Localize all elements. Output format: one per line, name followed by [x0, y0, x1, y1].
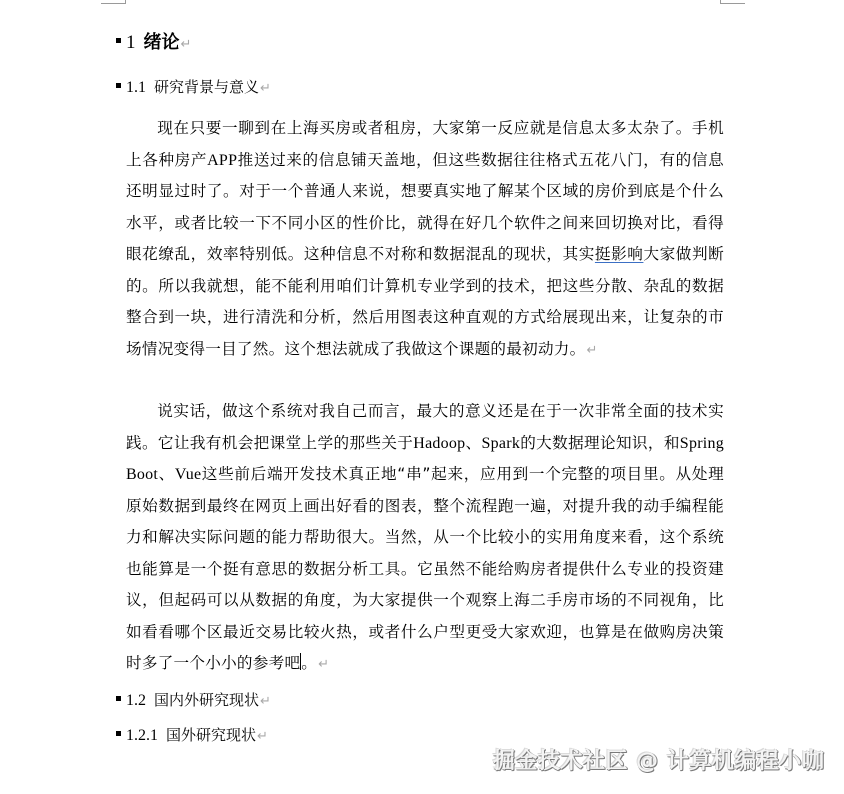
paragraph-mark-icon: ↵ [181, 37, 192, 52]
heading-section-1-2[interactable]: 1.2 国内外研究现状 ↵ [116, 689, 271, 710]
spellcheck-underlined-text[interactable]: 挺影响 [595, 245, 644, 263]
paragraph-text-latin: Spark [482, 435, 521, 452]
heading-section-1-2-1[interactable]: 1.2.1 国外研究现状 ↵ [116, 724, 268, 745]
paragraph-text-latin: Vue [175, 466, 201, 483]
paragraph-text: 、 [158, 465, 175, 483]
list-bullet-icon [116, 83, 121, 88]
heading-number: 1.1 [126, 79, 146, 97]
page-corner-mark-left [101, 0, 126, 4]
heading-number: 1.2.1 [126, 727, 158, 745]
list-bullet-icon [116, 38, 121, 43]
paragraph-text: 。 [301, 654, 317, 672]
heading-title: 绪论 [144, 28, 180, 54]
list-bullet-icon [116, 696, 121, 701]
paragraph-mark-icon: ↵ [586, 343, 597, 358]
page-corner-mark-right [720, 0, 745, 4]
paragraph-text: 的大数据理论知识，和 [520, 434, 680, 452]
paragraph-mark-icon: ↵ [257, 729, 268, 744]
heading-title: 研究背景与意义 [154, 76, 259, 97]
paragraph-mark-icon: ↵ [260, 694, 271, 709]
heading-chapter-1[interactable]: 1 绪论 ↵ [116, 28, 191, 54]
paragraph-text-latin: Hadoop [413, 435, 465, 452]
heading-title: 国内外研究现状 [154, 689, 259, 710]
body-paragraph-significance[interactable]: 说实话，做这个系统对我自己而言，最大的意义还是在于一次非常全面的技术实践。它让我… [126, 396, 724, 681]
heading-title: 国外研究现状 [166, 724, 256, 745]
body-paragraph-background[interactable]: 现在只要一聊到在上海买房或者租房，大家第一反应就是信息太多太杂了。手机上各种房产… [126, 113, 724, 366]
watermark-text: 掘金技术社区 @ 计算机编程小咖 [493, 744, 824, 775]
paragraph-mark-icon: ↵ [260, 81, 271, 96]
paragraph-text: 、 [465, 434, 481, 452]
paragraph-text: 这些前后端开发技术真正地“串”起来，应用到一个完整的项目里。从处理原始数据到最终… [126, 465, 724, 672]
heading-section-1-1[interactable]: 1.1 研究背景与意义 ↵ [116, 76, 271, 97]
heading-number: 1.2 [126, 692, 146, 710]
paragraph-mark-icon: ↵ [318, 657, 329, 672]
paragraph-text-latin: APP [207, 152, 237, 169]
list-bullet-icon [116, 731, 121, 736]
heading-number: 1 [126, 32, 136, 54]
